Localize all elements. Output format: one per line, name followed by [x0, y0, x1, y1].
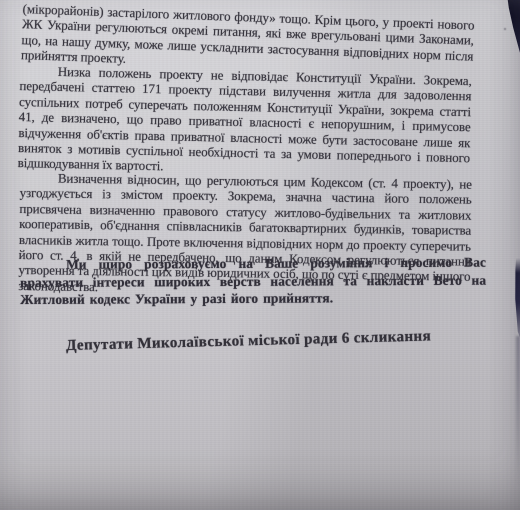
paper-edge-shadow-faint [516, 336, 520, 486]
letter-body: (мікрорайонів) застарілого житлового фон… [20, 1, 472, 294]
dust-speck [504, 28, 506, 30]
signature-line: Депутати Миколаївської міської ради 6 ск… [66, 327, 431, 355]
letter-text-layer: (мікрорайонів) застарілого житлового фон… [0, 0, 520, 510]
document-photo: (мікрорайонів) застарілого житлового фон… [0, 0, 520, 510]
letter-appeal-paragraph: Ми щиро розраховуємо на Ваше розуміння і… [20, 254, 486, 309]
letter-paragraph-constitution: Низка положень проекту не відповідає Кон… [18, 63, 472, 181]
